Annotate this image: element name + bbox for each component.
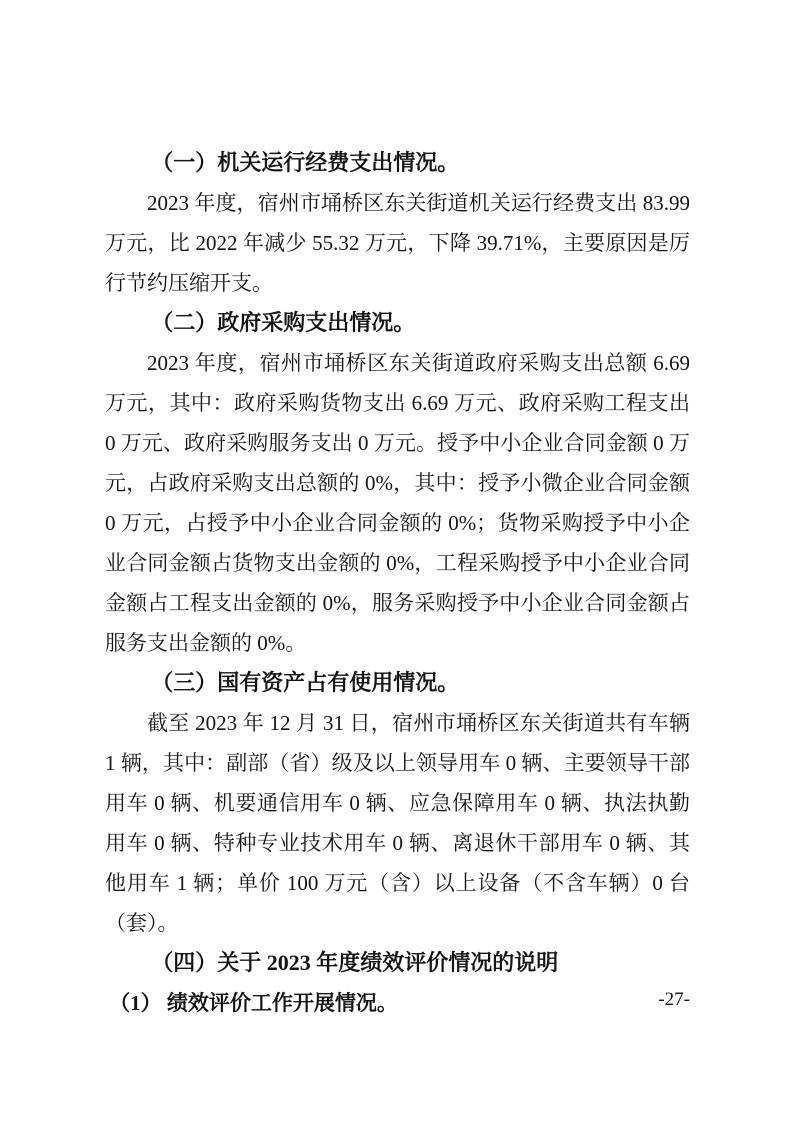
document-content: （一）机关运行经费支出情况。 2023 年度，宿州市埇桥区东关街道机关运行经费支…: [105, 143, 690, 1023]
section-heading-government-procurement: （二）政府采购支出情况。: [105, 303, 690, 343]
paragraph-government-procurement: 2023 年度，宿州市埇桥区东关街道政府采购支出总额 6.69 万元，其中：政府…: [105, 343, 690, 663]
section-heading-agency-operating-expenses: （一）机关运行经费支出情况。: [105, 143, 690, 183]
section-heading-performance-evaluation: （四）关于 2023 年度绩效评价情况的说明: [105, 943, 690, 983]
subsection-heading-performance-evaluation-work: （1） 绩效评价工作开展情况。: [105, 983, 690, 1023]
paragraph-state-owned-assets: 截至 2023 年 12 月 31 日，宿州市埇桥区东关街道共有车辆 1 辆，其…: [105, 703, 690, 943]
document-page: （一）机关运行经费支出情况。 2023 年度，宿州市埇桥区东关街道机关运行经费支…: [0, 0, 793, 1122]
section-heading-state-owned-assets: （三）国有资产占有使用情况。: [105, 663, 690, 703]
paragraph-agency-operating-expenses: 2023 年度，宿州市埇桥区东关街道机关运行经费支出 83.99 万元，比 20…: [105, 183, 690, 303]
page-number: -27-: [658, 988, 690, 1012]
